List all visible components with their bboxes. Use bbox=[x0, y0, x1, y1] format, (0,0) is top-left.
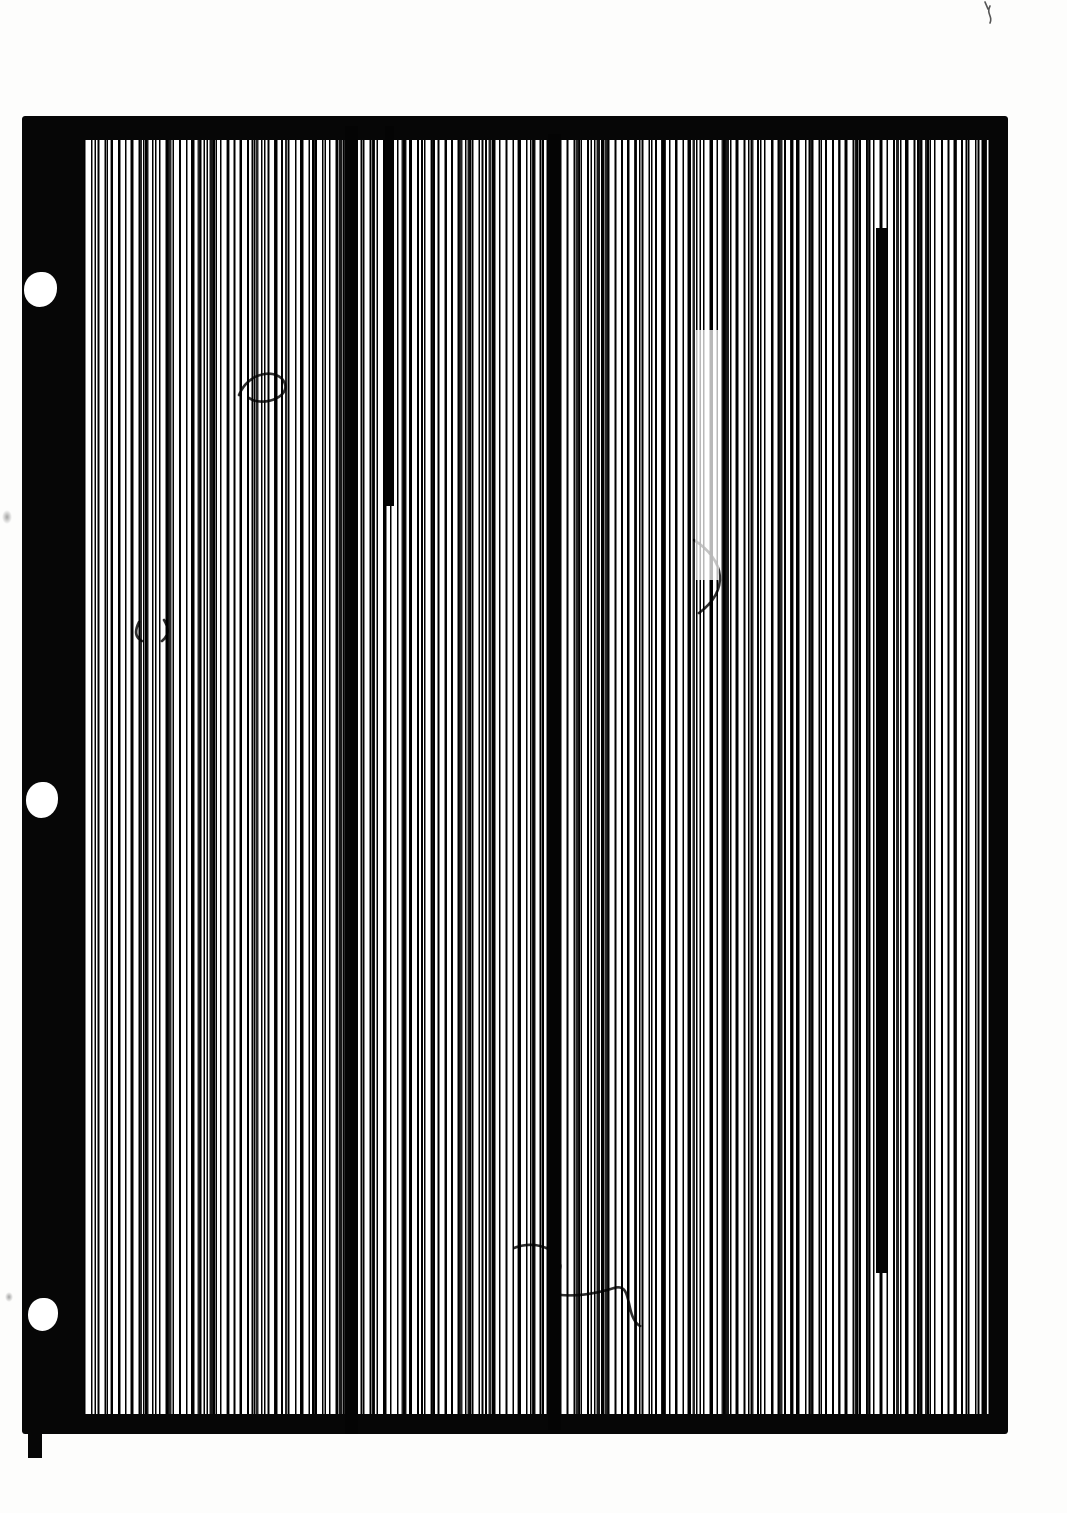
scan-black-band bbox=[876, 228, 887, 1273]
margin-smudge bbox=[5, 1292, 13, 1302]
cable-text bbox=[84, 140, 990, 1414]
scan-black-band bbox=[385, 126, 394, 506]
scan-black-band bbox=[345, 126, 358, 1434]
corner-pen-mark bbox=[972, 0, 1012, 40]
paper-area bbox=[84, 140, 990, 1414]
scan-black-band bbox=[548, 134, 561, 1430]
scan-edge-stub bbox=[28, 1434, 42, 1458]
scanned-cable-page bbox=[0, 0, 1067, 1513]
margin-smudge bbox=[2, 510, 12, 524]
scan-region bbox=[22, 116, 1008, 1434]
